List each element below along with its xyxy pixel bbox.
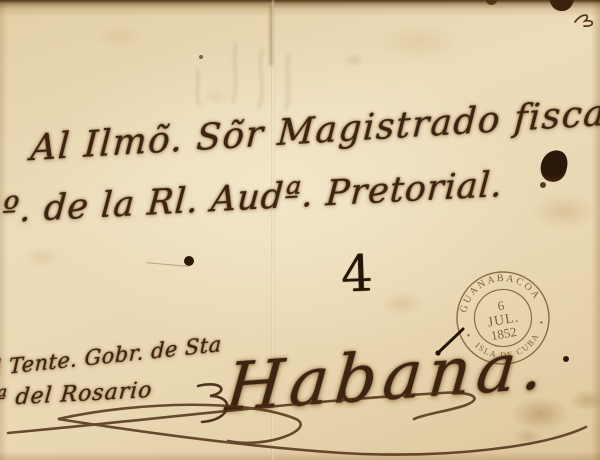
- ink-speck: [199, 55, 203, 59]
- ghost-stroke: [259, 50, 262, 108]
- ghost-stroke: [233, 44, 236, 102]
- ink-dot: [184, 256, 194, 266]
- squiggle-stroke: [575, 15, 592, 26]
- postmark-day: 6: [496, 298, 505, 314]
- flourish-loop: [58, 405, 586, 455]
- flourish-underline: [8, 393, 475, 433]
- ink-dot: [563, 356, 569, 362]
- postmark-ornament: [540, 321, 543, 324]
- letter-cover-scan: Al Ilmõ. Sõr Magistrado fiscal º. de la …: [0, 0, 600, 460]
- ghost-stroke: [286, 55, 289, 110]
- corner-squiggle-mark: [570, 10, 600, 34]
- rate-handstamp: 4: [340, 244, 374, 303]
- paraph-flourish: [0, 385, 600, 460]
- ink-blot-satellite: [540, 182, 546, 188]
- ghost-stroke: [197, 70, 199, 105]
